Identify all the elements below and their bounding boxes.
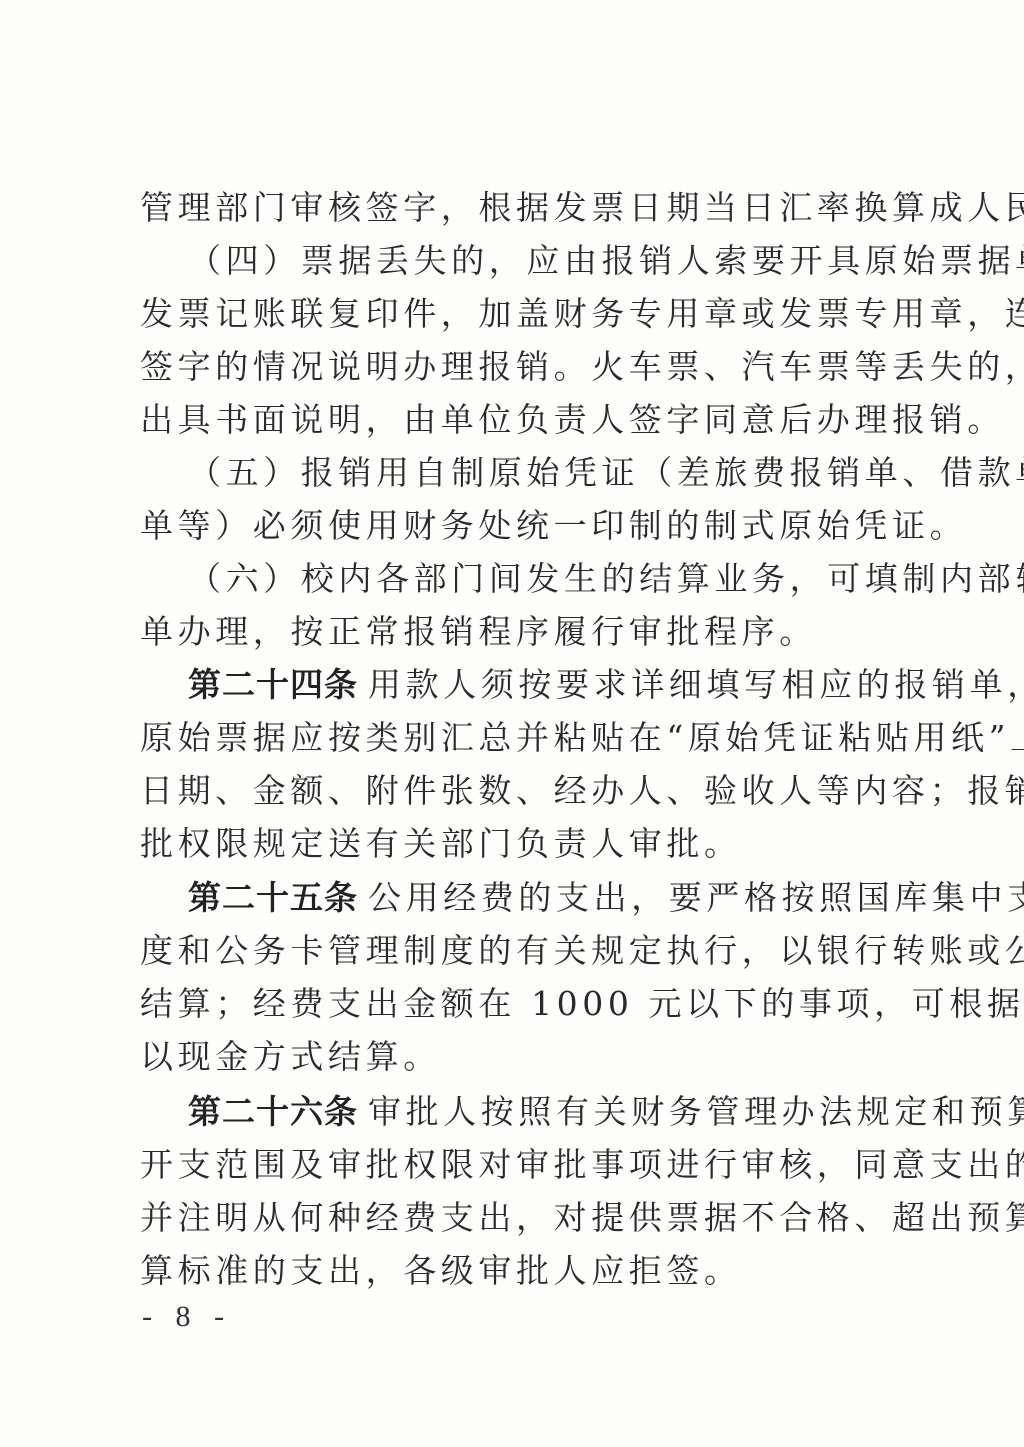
paragraph-line: 算标准的支出，各级审批人应拒签。 bbox=[140, 1251, 900, 1291]
article-first-line: 第二十五条公用经费的支出，要严格按照国库集中支付制 bbox=[188, 878, 900, 918]
paragraph-line: 日期、金额、附件张数、经办人、验收人等内容；报销单据按审 bbox=[140, 771, 900, 811]
paragraph-line: 管理部门审核签字，根据发票日期当日汇率换算成人民币报销。 bbox=[140, 188, 900, 228]
page-number: - 8 - bbox=[142, 1300, 232, 1334]
paragraph-line: （四）票据丢失的，应由报销人索要开具原始票据单位同一 bbox=[188, 241, 900, 281]
article-first-line: 第二十四条用款人须按要求详细填写相应的报销单，各类 bbox=[188, 665, 900, 705]
paragraph-line: 度和公务卡管理制度的有关规定执行，以银行转账或公务卡方式 bbox=[140, 931, 900, 971]
article-heading: 第二十五条 bbox=[188, 878, 358, 917]
article-text: 用款人须按要求详细填写相应的报销单，各类 bbox=[368, 665, 1024, 704]
paragraph-line: （五）报销用自制原始凭证（差旅费报销单、借款单、领款 bbox=[188, 453, 900, 493]
paragraph-line: 发票记账联复印件，加盖财务专用章或发票专用章，连同由本人 bbox=[140, 294, 900, 334]
paragraph-line: （六）校内各部门间发生的结算业务，可填制内部转账结算 bbox=[188, 559, 900, 599]
document-page: 管理部门审核签字，根据发票日期当日汇率换算成人民币报销。 （四）票据丢失的，应由… bbox=[0, 0, 1024, 1447]
article-heading: 第二十四条 bbox=[188, 665, 358, 704]
article-text: 审批人按照有关财务管理办法规定和预算经费 bbox=[368, 1092, 1024, 1131]
paragraph-line: 批权限规定送有关部门负责人审批。 bbox=[140, 824, 900, 864]
paragraph-line: 单办理，按正常报销程序履行审批程序。 bbox=[140, 612, 900, 652]
paragraph-line: 单等）必须使用财务处统一印制的制式原始凭证。 bbox=[140, 506, 900, 546]
paragraph-line: 出具书面说明，由单位负责人签字同意后办理报销。 bbox=[140, 400, 900, 440]
paragraph-line: 结算；经费支出金额在 1000 元以下的事项，可根据实际情况， bbox=[140, 984, 900, 1024]
paragraph-line: 开支范围及审批权限对审批事项进行审核，同意支出的，应签字 bbox=[140, 1145, 900, 1185]
paragraph-line: 以现金方式结算。 bbox=[140, 1037, 900, 1077]
article-text: 公用经费的支出，要严格按照国库集中支付制 bbox=[368, 878, 1024, 917]
paragraph-line: 原始票据应按类别汇总并粘贴在“原始凭证粘贴用纸”上，注明 bbox=[140, 718, 900, 758]
paragraph-line: 并注明从何种经费支出，对提供票据不合格、超出预算范围和预 bbox=[140, 1198, 900, 1238]
article-first-line: 第二十六条审批人按照有关财务管理办法规定和预算经费 bbox=[188, 1092, 900, 1132]
article-heading: 第二十六条 bbox=[188, 1092, 358, 1131]
paragraph-line: 签字的情况说明办理报销。火车票、汽车票等丢失的，可由本人 bbox=[140, 347, 900, 387]
